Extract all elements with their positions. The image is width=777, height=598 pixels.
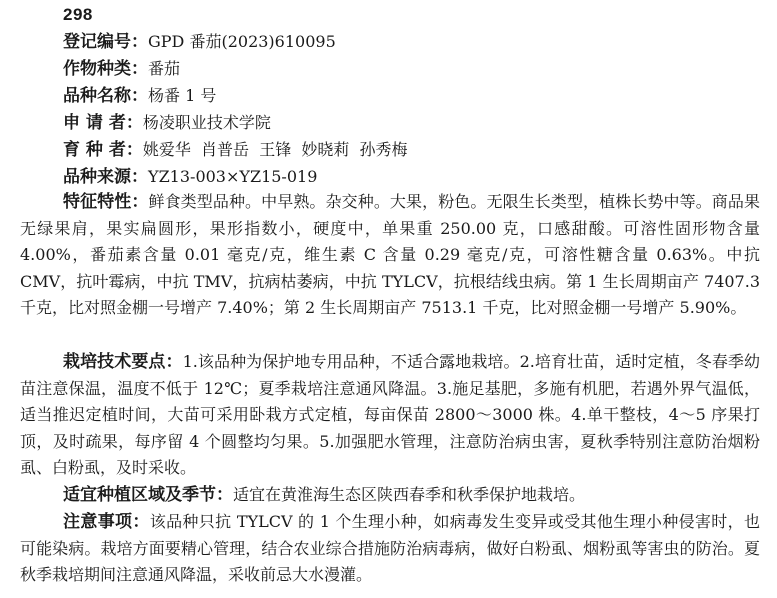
section-precautions: 注意事项：该品种只抗 TYLCV 的 1 个生理小种，如病毒发生变异或受其他生理… <box>20 509 760 589</box>
field-breeders: 育 种 者：姚爱华 肖普岳 王锋 妙晓莉 孙秀梅 <box>63 137 408 163</box>
field-label: 育 种 者： <box>63 140 143 160</box>
entry-number: 298 <box>63 3 93 27</box>
document-page: 298 登记编号：GPD 番茄(2023)610095 作物种类：番茄 品种名称… <box>0 0 777 598</box>
field-applicant: 申 请 者：杨凌职业技术学院 <box>63 110 271 136</box>
field-crop-type: 作物种类：番茄 <box>63 56 180 82</box>
field-value: GPD 番茄(2023)610095 <box>148 32 336 51</box>
section-label: 特征特性： <box>63 192 148 212</box>
field-value: 杨番 1 号 <box>148 86 216 105</box>
field-variety-source: 品种来源：YZ13-003×YZ15-019 <box>63 164 317 190</box>
field-label: 品种来源： <box>63 167 148 187</box>
section-characteristics: 特征特性：鲜食类型品种。中早熟。杂交种。大果，粉色。无限生长类型，植株长势中等。… <box>20 189 760 322</box>
section-suitable-region: 适宜种植区域及季节：适宜在黄淮海生态区陕西春季和秋季保护地栽培。 <box>20 482 760 509</box>
field-label: 申 请 者： <box>63 113 143 133</box>
field-value: 杨凌职业技术学院 <box>143 113 271 132</box>
field-variety-name: 品种名称：杨番 1 号 <box>63 83 216 109</box>
field-label: 作物种类： <box>63 59 148 79</box>
field-value: 姚爱华 肖普岳 王锋 妙晓莉 孙秀梅 <box>143 140 408 159</box>
field-label: 品种名称： <box>63 86 148 106</box>
section-label: 栽培技术要点： <box>63 352 183 372</box>
field-label: 登记编号： <box>63 32 148 52</box>
section-label: 注意事项： <box>63 512 150 532</box>
field-registration-number: 登记编号：GPD 番茄(2023)610095 <box>63 29 336 55</box>
section-label: 适宜种植区域及季节： <box>63 485 233 505</box>
section-cultivation-points: 栽培技术要点：1.该品种为保护地专用品种，不适合露地栽培。2.培育壮苗，适时定植… <box>20 349 760 482</box>
field-value: YZ13-003×YZ15-019 <box>148 167 317 186</box>
field-value: 番茄 <box>148 59 180 78</box>
section-text: 适宜在黄淮海生态区陕西春季和秋季保护地栽培。 <box>233 485 585 504</box>
